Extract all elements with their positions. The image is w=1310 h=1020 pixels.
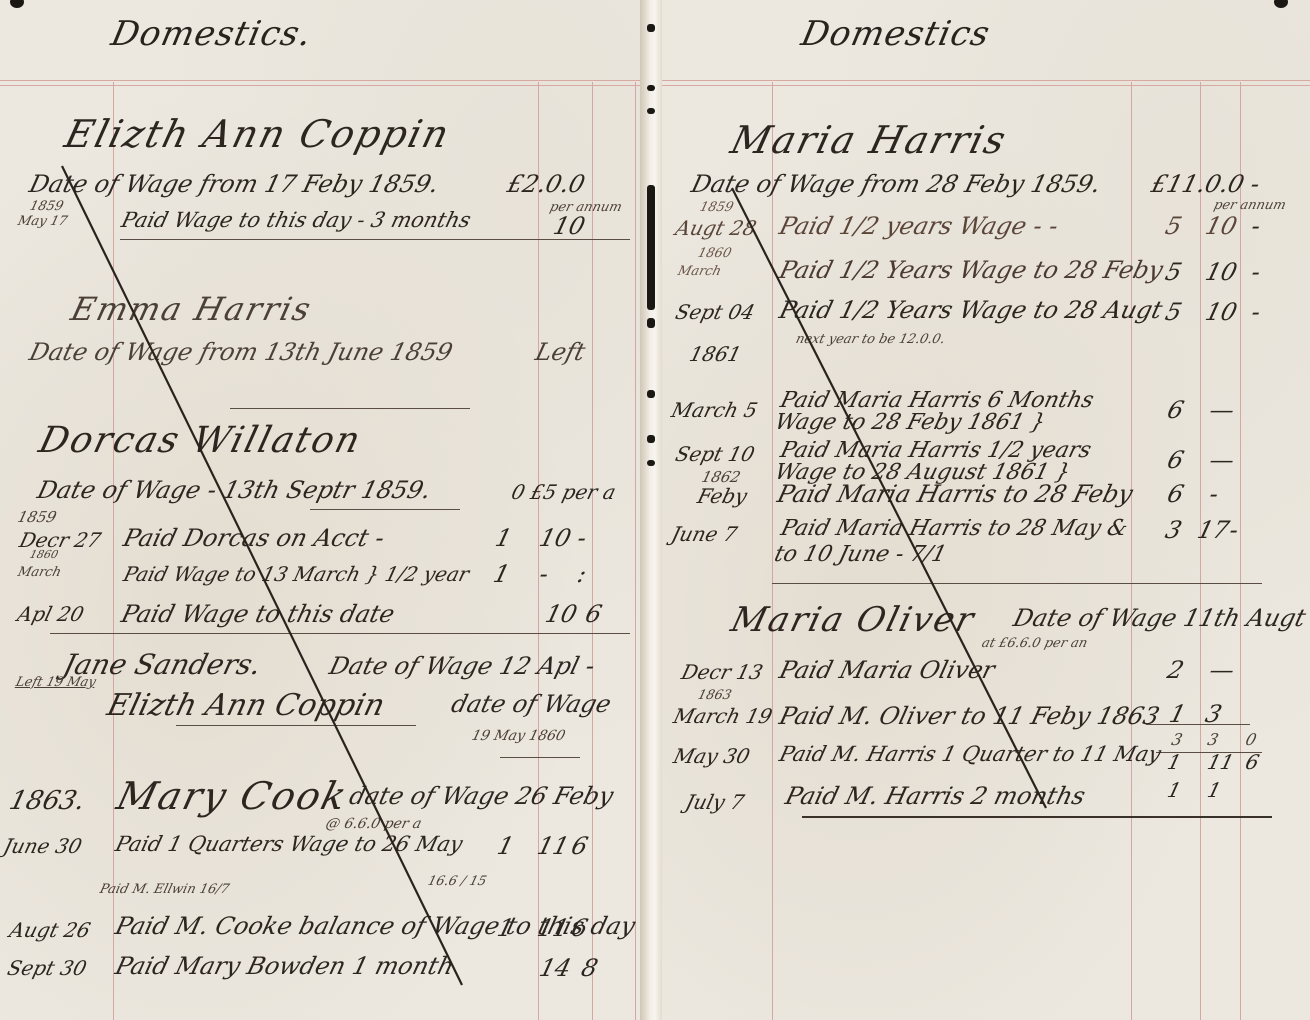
row-pence: 8 bbox=[579, 954, 601, 982]
row-pence: - bbox=[575, 524, 590, 552]
entry-underline bbox=[120, 239, 630, 240]
row-pounds: 6 bbox=[1165, 480, 1187, 508]
row-pence: 6 bbox=[569, 832, 591, 860]
entry-header: date of Wage bbox=[449, 690, 615, 718]
row-date: Apl 20 bbox=[15, 602, 86, 626]
pence-column-rule bbox=[635, 82, 636, 1020]
shillings-column-rule bbox=[592, 82, 593, 1020]
row-description: Paid 1/2 Years Wage to 28 Feby bbox=[777, 256, 1166, 284]
row-description: Paid Maria Harris to 28 May & to 10 June… bbox=[772, 516, 1145, 568]
side-note: Left 19 May bbox=[14, 675, 97, 690]
entry-name: Elizth Ann Coppin bbox=[61, 112, 456, 156]
subtotal-shillings: 3 bbox=[1206, 730, 1221, 749]
row-description: Paid M. Harris 2 months bbox=[783, 782, 1089, 810]
name-underline bbox=[176, 725, 416, 726]
row-shillings: 10 bbox=[1203, 212, 1241, 240]
entry-underline bbox=[230, 408, 470, 409]
wage-rate: 0 £5 per a bbox=[509, 480, 618, 504]
row-description: Paid M. Ellwin 16/7 bbox=[98, 882, 231, 897]
row-date: March 19 bbox=[671, 704, 775, 728]
binding-thread bbox=[647, 85, 655, 91]
row-shillings: 1 bbox=[1205, 778, 1224, 802]
row-pounds: 1 bbox=[495, 832, 517, 860]
wage-rate: £11.0.0 - bbox=[1149, 170, 1263, 198]
row-pounds: 1 bbox=[1165, 750, 1184, 774]
row-year: 1859 bbox=[16, 508, 59, 526]
row-description: Paid M. Oliver to 11 Feby 1863 bbox=[777, 702, 1163, 730]
row-pence: 6 bbox=[1243, 750, 1262, 774]
row-shillings: 11 bbox=[535, 832, 573, 860]
page-heading: Domestics bbox=[798, 14, 994, 54]
subtotal-pounds: 3 bbox=[1170, 730, 1185, 749]
row-shillings: 10 bbox=[543, 600, 581, 628]
row-pounds: 6 bbox=[1165, 446, 1187, 474]
row-pence: - bbox=[1249, 258, 1264, 286]
row-date: Augt 28 bbox=[673, 216, 759, 240]
row-shillings: - bbox=[1207, 480, 1222, 508]
row-pounds: 1 bbox=[1165, 778, 1184, 802]
row-shillings: — bbox=[1207, 396, 1238, 424]
entry-name: Mary Cook bbox=[113, 774, 353, 818]
entry-status-note: Left bbox=[533, 338, 589, 366]
row-description: Paid 1/2 years Wage - - bbox=[777, 212, 1062, 240]
row-shillings: — bbox=[1207, 656, 1238, 684]
row-description: Paid 1 Quarters Wage to 26 May bbox=[113, 832, 465, 856]
wage-rate: £2.0.0 bbox=[505, 170, 588, 198]
row-description: Paid Maria Oliver bbox=[777, 656, 998, 684]
row-shillings: 10 bbox=[551, 212, 589, 240]
row-description: Paid Wage to this date bbox=[119, 600, 398, 628]
date-column-rule bbox=[113, 82, 114, 1020]
row-date: Decr 27 bbox=[17, 528, 103, 552]
right-ledger-page: Domestics Maria Harris Date of Wage from… bbox=[662, 0, 1310, 1020]
entry-header: Date of Wage 11th Augt 1862 bbox=[1011, 604, 1310, 632]
row-shillings: 10 bbox=[1203, 258, 1241, 286]
wage-rate: @ 6.6.0 per a bbox=[324, 816, 423, 832]
row-pounds: 2 bbox=[1165, 656, 1187, 684]
row-description: Paid M. Harris 1 Quarter to 11 May bbox=[777, 742, 1163, 766]
binding-thread bbox=[647, 108, 655, 114]
row-date: Sept 30 bbox=[5, 956, 89, 980]
entry-name: Emma Harris bbox=[67, 290, 316, 328]
row-description: Paid Maria Harris 1/2 years Wage to 28 A… bbox=[773, 440, 1144, 484]
row-pounds: 1 bbox=[491, 560, 513, 588]
row-date: March bbox=[676, 264, 723, 279]
row-date: March bbox=[16, 565, 63, 580]
binding-thread bbox=[647, 24, 655, 32]
entry-underline bbox=[500, 757, 580, 758]
row-date: Sept 10 bbox=[673, 442, 757, 466]
row-pounds: 5 bbox=[1163, 298, 1185, 326]
entry-name: Maria Harris bbox=[727, 118, 1012, 162]
date-column-rule bbox=[772, 82, 773, 1020]
row-pence: - bbox=[1249, 298, 1264, 326]
binding-thread bbox=[647, 318, 655, 328]
entry-header: Date of Wage from 17 Feby 1859. bbox=[27, 170, 442, 198]
entry-header: Date of Wage - 13th Septr 1859. bbox=[35, 476, 435, 504]
binding-thread bbox=[647, 390, 655, 398]
entry-underline bbox=[772, 583, 1262, 584]
row-description: Paid Maria Harris 6 Months Wage to 28 Fe… bbox=[773, 390, 1144, 434]
row-description: Paid Wage to this day - 3 months bbox=[119, 208, 473, 232]
row-pence: 6 bbox=[583, 600, 605, 628]
left-ledger-page: Domestics. Elizth Ann Coppin Date of Wag… bbox=[0, 0, 646, 1020]
row-date: May 30 bbox=[671, 744, 752, 768]
row-date: Augt 26 bbox=[7, 918, 93, 942]
pence-column-rule bbox=[1240, 82, 1241, 1020]
row-pounds: 5 bbox=[1163, 258, 1185, 286]
entry-header-date: 19 May 1860 bbox=[470, 728, 567, 744]
subtotal-rule bbox=[1146, 724, 1250, 725]
row-description: Paid Mary Bowden 1 month bbox=[113, 952, 458, 980]
row-year: 1859 bbox=[28, 199, 65, 214]
entry-year: 1863. bbox=[6, 786, 88, 816]
row-description: Paid Wage to 13 March } 1/2 year bbox=[121, 562, 472, 586]
binding-thread bbox=[647, 460, 655, 466]
row-date: July 7 bbox=[683, 790, 747, 814]
entry-name: Dorcas Willaton bbox=[35, 420, 366, 461]
row-shillings: 14 bbox=[537, 954, 575, 982]
row-pounds: 6 bbox=[1165, 396, 1187, 424]
entry-header: Date of Wage from 28 Feby 1859. bbox=[689, 170, 1104, 198]
rate-note: per annum bbox=[1212, 198, 1287, 213]
row-description: Paid Maria Harris to 28 Feby bbox=[775, 480, 1136, 508]
row-date: June 7 bbox=[669, 522, 740, 546]
subtotal-pence: 0 bbox=[1244, 730, 1259, 749]
row-pounds: 1 bbox=[493, 524, 515, 552]
row-year: 1863 bbox=[696, 688, 733, 703]
entry-name: Maria Oliver bbox=[727, 600, 979, 640]
row-pence: - bbox=[1249, 212, 1264, 240]
binding-thread bbox=[647, 185, 655, 310]
row-date: Sept 04 bbox=[673, 300, 757, 324]
row-shillings: — bbox=[1207, 446, 1238, 474]
entry-header: Date of Wage 12 Apl - bbox=[327, 652, 598, 680]
row-year: 1860 bbox=[28, 548, 59, 561]
top-double-rule bbox=[0, 80, 646, 86]
row-date: Feby bbox=[695, 484, 750, 508]
row-date: March 5 bbox=[669, 398, 760, 422]
row-year: 1860 bbox=[696, 246, 733, 261]
ink-blot bbox=[1274, 0, 1288, 8]
row-date: May 17 bbox=[16, 214, 69, 229]
wage-rate: at £6.6.0 per an bbox=[980, 636, 1089, 651]
row-pounds: 3 bbox=[1163, 516, 1185, 544]
entry-name: Elizth Ann Coppin bbox=[104, 688, 389, 723]
row-pence: : bbox=[575, 560, 590, 588]
row-shillings: 10 bbox=[1203, 298, 1241, 326]
entry-header: Date of Wage from 13th June 1859 bbox=[27, 338, 456, 366]
row-date: June 30 bbox=[1, 834, 84, 858]
row-shillings: 11 bbox=[1205, 750, 1236, 774]
row-shillings: 10 bbox=[537, 524, 575, 552]
row-note: next year to be 12.0.0. bbox=[794, 332, 946, 347]
binding-thread bbox=[647, 435, 655, 443]
row-date: Decr 13 bbox=[679, 660, 765, 684]
page-heading: Domestics. bbox=[108, 14, 316, 54]
row-description: Paid 1/2 Years Wage to 28 Augt bbox=[777, 296, 1166, 324]
top-double-rule bbox=[662, 80, 1310, 86]
margin-calculation: 16.6 / 15 bbox=[426, 874, 488, 889]
row-year: 1859 bbox=[698, 200, 735, 215]
ink-blot bbox=[10, 0, 24, 8]
date-underline bbox=[310, 509, 460, 510]
entry-underline bbox=[50, 633, 630, 634]
row-pounds: 5 bbox=[1163, 212, 1185, 240]
shillings-column-rule bbox=[1200, 82, 1201, 1020]
row-description: Paid Dorcas on Acct - bbox=[121, 524, 388, 552]
entry-header: date of Wage 26 Feby bbox=[347, 782, 617, 810]
row-year: 1861 bbox=[687, 342, 744, 366]
entry-underline bbox=[802, 816, 1272, 818]
